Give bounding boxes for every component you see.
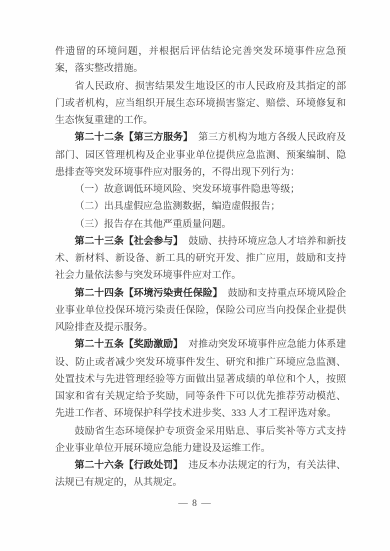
paragraph-text: （一）故意调低环境风险、突发环境事件隐患等级； bbox=[75, 184, 300, 195]
article-heading: 第二十三条【社会参与】 bbox=[75, 236, 183, 247]
paragraph-text: （三）报告存在其他严重质量问题。 bbox=[75, 219, 232, 230]
article-22-third-party-service: 第二十二条【第三方服务】第三方机构为地方各级人民政府及部门、园区管理机构及企业事… bbox=[55, 129, 346, 181]
paragraph-text: 省人民政府、损害结果发生地设区的市人民政府及其指定的部门或者机构，应当组织开展生… bbox=[55, 81, 346, 127]
article-24-pollution-liability-insurance: 第二十四条【环境污染责任保险】鼓励和支持重点环境风险企业事业单位投保环境污染责任… bbox=[55, 285, 346, 337]
clause-item-2: （二）出具虚假应急监测数据，编造虚假报告； bbox=[55, 198, 346, 215]
article-26-administrative-penalty: 第二十六条【行政处罚】违反本办法规定的行为，有关法律、法规已有规定的，从其规定。 bbox=[55, 457, 346, 492]
paragraph-text: （二）出具虚假应急监测数据，编造虚假报告； bbox=[75, 201, 281, 212]
clause-item-3: （三）报告存在其他严重质量问题。 bbox=[55, 216, 346, 233]
para-restoration-duty: 省人民政府、损害结果发生地设区的市人民政府及其指定的部门或者机构，应当组织开展生… bbox=[55, 78, 346, 130]
article-heading: 第二十四条【环境污染责任保险】 bbox=[75, 288, 223, 299]
article-heading: 第二十二条【第三方服务】 bbox=[75, 132, 193, 143]
para-continuation: 件遗留的环境问题，并根据后评估结论完善突发环境事件应急预案，落实整改措施。 bbox=[55, 43, 346, 78]
paragraph-text: 件遗留的环境问题，并根据后评估结论完善突发环境事件应急预案，落实整改措施。 bbox=[55, 46, 346, 74]
paragraph-text: 鼓励省生态环境保护专项资金采用贴息、事后奖补等方式支持企业事业单位开展环境应急能… bbox=[55, 426, 346, 454]
paragraph-text: 对推动突发环境事件应急能力体系建设、防止或者减少突发环境事件发生、研究和推广环境… bbox=[55, 339, 346, 419]
article-25-rewards-incentives: 第二十五条【奖励激励】对推动突发环境事件应急能力体系建设、防止或者减少突发环境事… bbox=[55, 336, 346, 422]
article-heading: 第二十五条【奖励激励】 bbox=[75, 339, 183, 350]
para-special-funds: 鼓励省生态环境保护专项资金采用贴息、事后奖补等方式支持企业事业单位开展环境应急能… bbox=[55, 423, 346, 458]
clause-item-1: （一）故意调低环境风险、突发环境事件隐患等级； bbox=[55, 181, 346, 198]
document-body: 件遗留的环境问题，并根据后评估结论完善突发环境事件应急预案，落实整改措施。 省人… bbox=[55, 43, 346, 492]
document-page: 件遗留的环境问题，并根据后评估结论完善突发环境事件应急预案，落实整改措施。 省人… bbox=[0, 0, 390, 551]
article-23-social-participation: 第二十三条【社会参与】鼓励、扶持环境应急人才培养和新技术、新材料、新设备、新工具… bbox=[55, 233, 346, 285]
article-heading: 第二十六条【行政处罚】 bbox=[75, 460, 183, 471]
page-number: — 8 — bbox=[0, 499, 390, 509]
